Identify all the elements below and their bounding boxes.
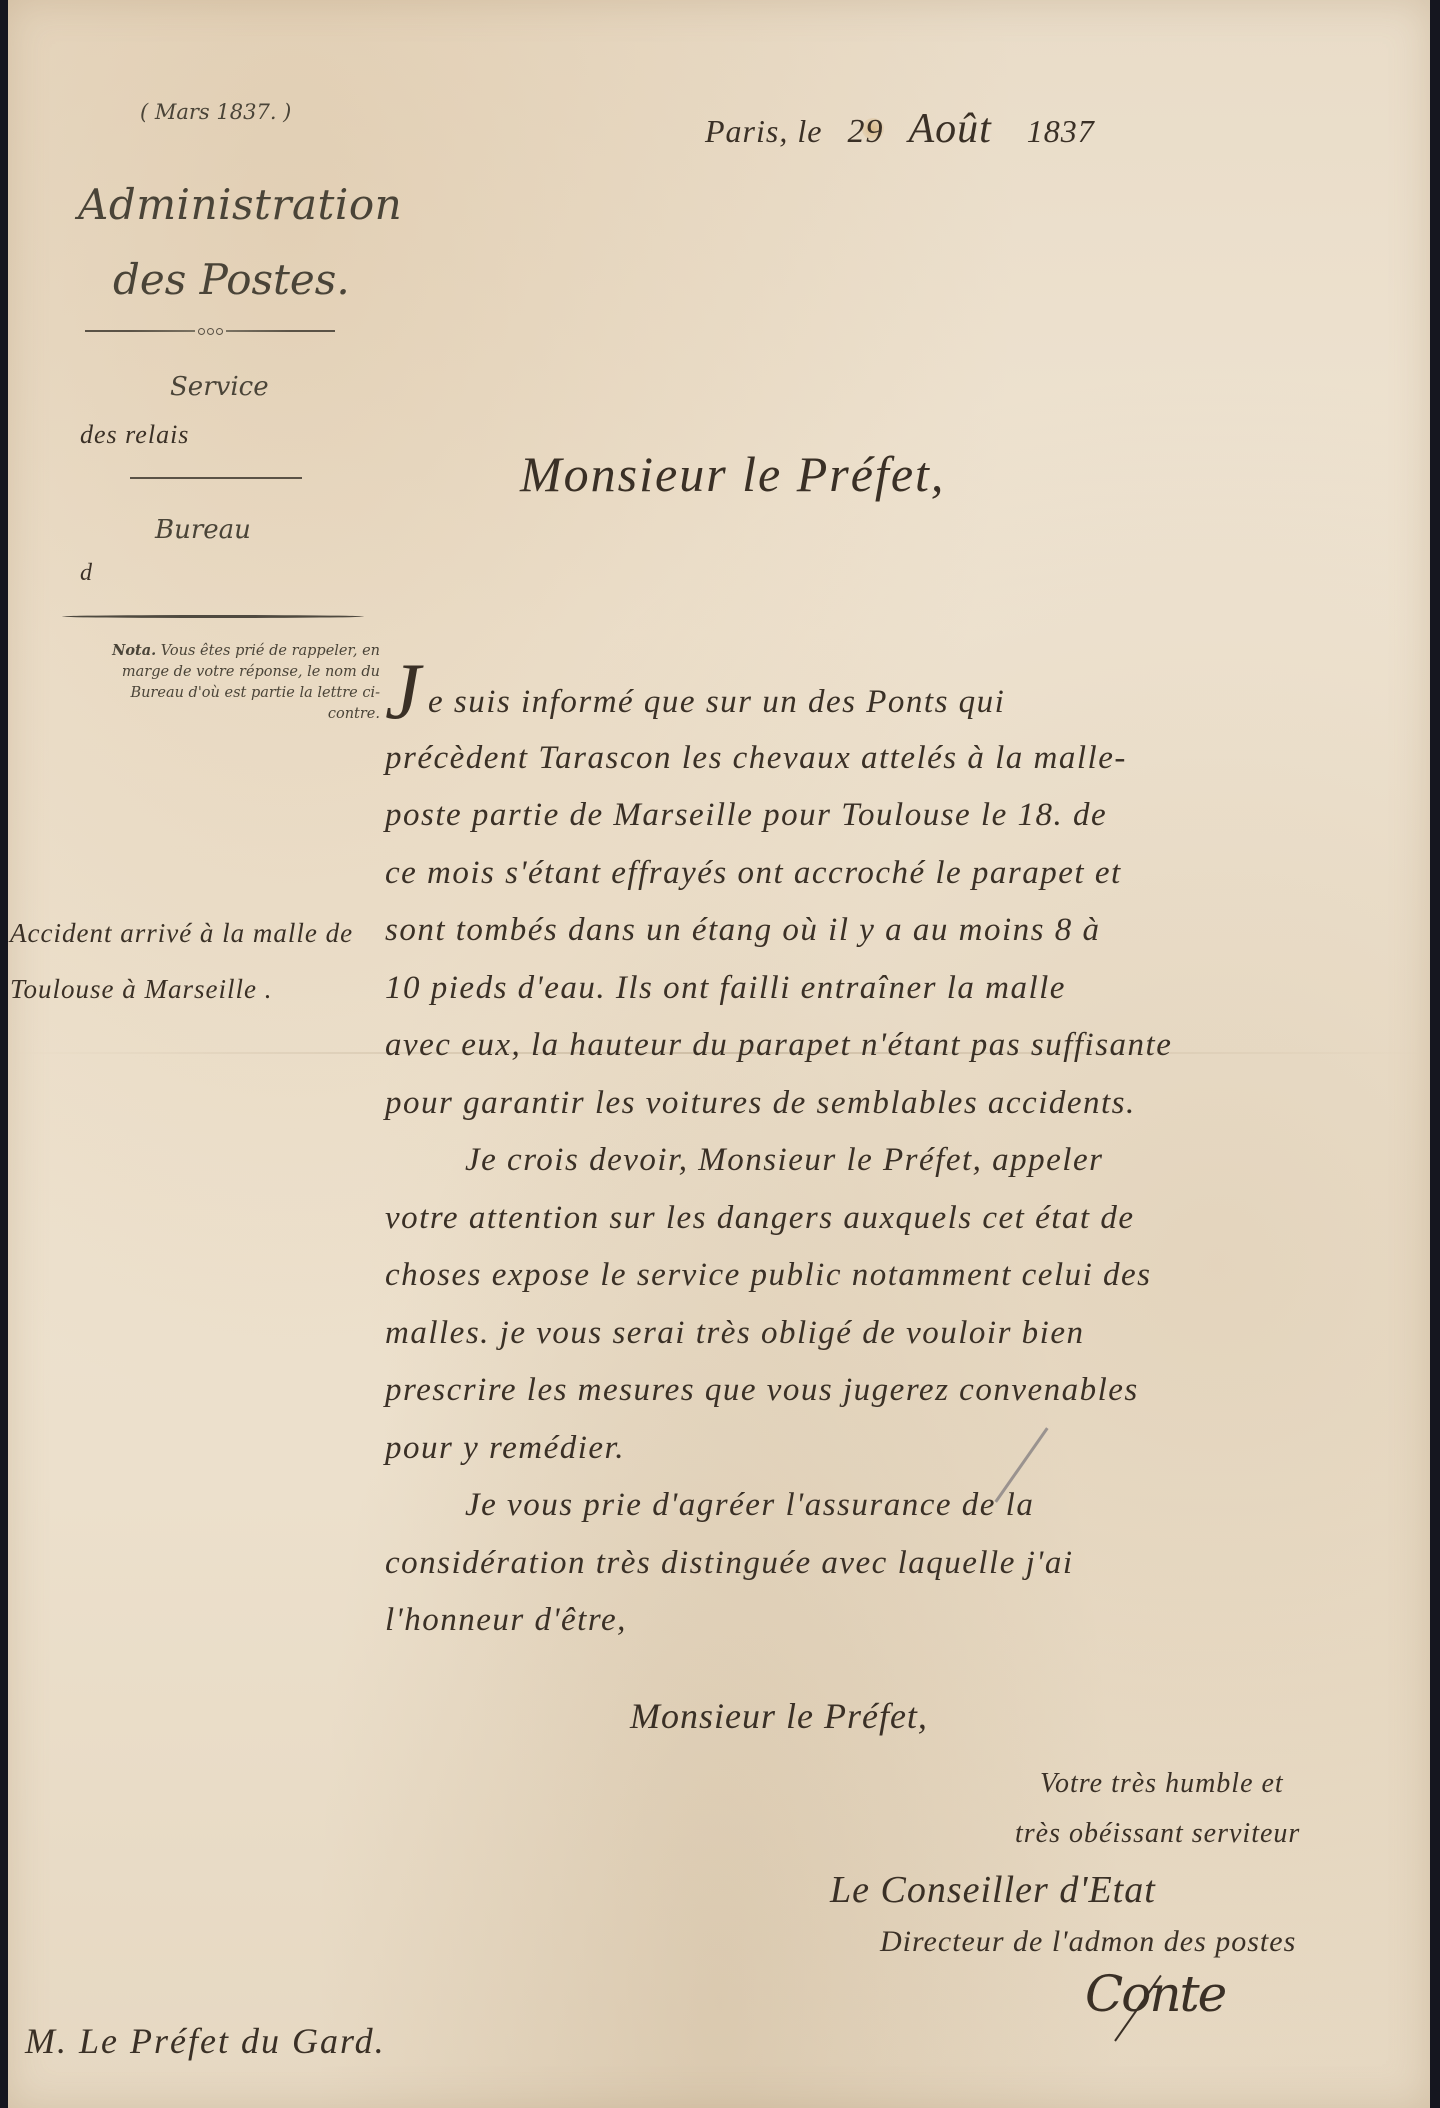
service-value: des relais bbox=[80, 420, 189, 450]
date-day: 29 bbox=[847, 113, 883, 150]
body-line: sont tombés dans un étang où il y a au m… bbox=[385, 902, 1405, 960]
closing-position: Directeur de l'admon des postes bbox=[880, 1925, 1296, 1959]
body-line: considération très distinguée avec laque… bbox=[385, 1535, 1405, 1593]
nota-text: Vous êtes prié de rappeler, en marge de … bbox=[122, 643, 380, 722]
body-line: pour y remédier. bbox=[385, 1420, 1405, 1478]
closing-line-2: très obéissant serviteur bbox=[1015, 1818, 1300, 1850]
closing-salutation: Monsieur le Préfet, bbox=[630, 1695, 928, 1737]
body-line: précèdent Tarascon les chevaux attelés à… bbox=[385, 730, 1405, 788]
body-line: malles. je vous serai très obligé de vou… bbox=[385, 1305, 1405, 1363]
closing-line-1: Votre très humble et bbox=[1040, 1768, 1284, 1800]
body-line: 10 pieds d'eau. Ils ont failli entraîner… bbox=[385, 960, 1405, 1018]
divider-rule bbox=[130, 477, 302, 479]
letterhead-title-postes: des Postes. bbox=[113, 255, 350, 304]
ornamental-divider bbox=[85, 326, 335, 336]
body-line: l'honneur d'être, bbox=[385, 1592, 1405, 1650]
margin-note: Accident arrivé à la malle de Toulouse à… bbox=[10, 905, 370, 1017]
nota-block: Nota. Vous êtes prié de rappeler, en mar… bbox=[80, 640, 380, 725]
body-line: Je suis informé que sur un des Ponts qui bbox=[385, 672, 1405, 730]
nota-label: Nota. bbox=[112, 642, 156, 659]
signature: Conte bbox=[1085, 1965, 1225, 2023]
body-line: avec eux, la hauteur du parapet n'étant … bbox=[385, 1017, 1405, 1075]
body-line: prescrire les mesures que vous jugerez c… bbox=[385, 1362, 1405, 1420]
form-date: ( Mars 1837. ) bbox=[140, 100, 291, 124]
body-line: votre attention sur les dangers auxquels… bbox=[385, 1190, 1405, 1248]
closing-title: Le Conseiller d'Etat bbox=[830, 1868, 1156, 1912]
bureau-label: Bureau bbox=[155, 515, 251, 545]
letter-body: Je suis informé que sur un des Ponts qui… bbox=[385, 672, 1405, 1650]
date-year: 1837 bbox=[1027, 113, 1095, 149]
dropcap: J bbox=[385, 648, 422, 736]
addressee: M. Le Préfet du Gard. bbox=[25, 2020, 386, 2062]
date-place: Paris, le bbox=[705, 113, 822, 149]
body-line: Je crois devoir, Monsieur le Préfet, app… bbox=[385, 1132, 1405, 1190]
letterhead-title-administration: Administration bbox=[78, 180, 402, 229]
date-month: Août bbox=[908, 106, 991, 152]
body-line: choses expose le service public notammen… bbox=[385, 1247, 1405, 1305]
body-line: ce mois s'étant effrayés ont accroché le… bbox=[385, 845, 1405, 903]
body-line: poste partie de Marseille pour Toulouse … bbox=[385, 787, 1405, 845]
bureau-value: d bbox=[80, 560, 93, 587]
body-line: pour garantir les voitures de semblables… bbox=[385, 1075, 1405, 1133]
date-line: Paris, le 29 Août 1837 bbox=[705, 105, 1095, 153]
service-label: Service bbox=[170, 372, 269, 402]
swash-divider bbox=[62, 615, 364, 618]
salutation: Monsieur le Préfet, bbox=[520, 445, 945, 503]
body-line: Je vous prie d'agréer l'assurance de la bbox=[385, 1477, 1405, 1535]
